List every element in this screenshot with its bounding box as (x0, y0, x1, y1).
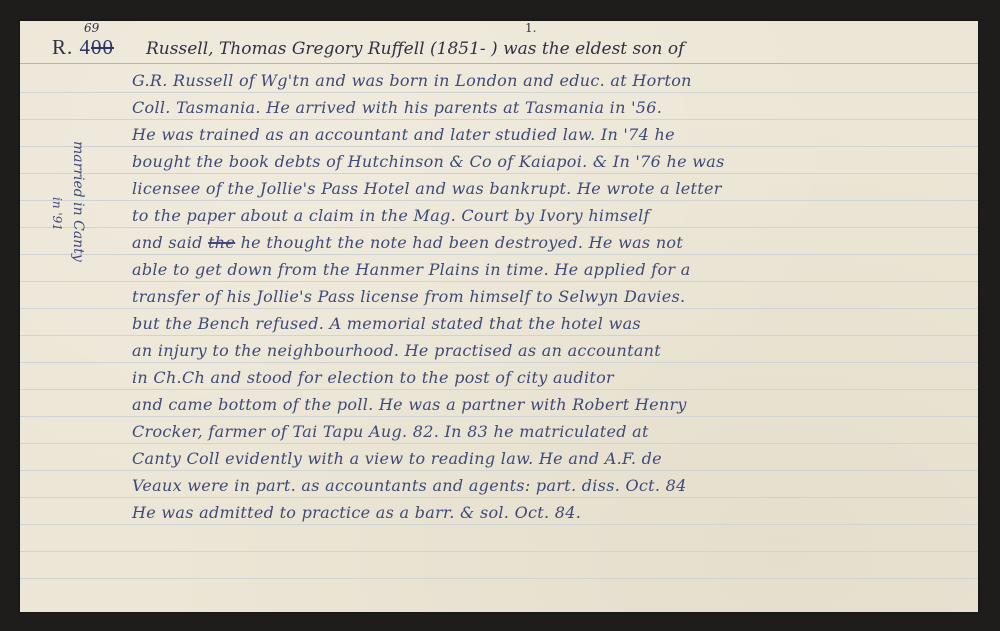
ruled-line (20, 335, 978, 336)
reference-number-crossed: 00 (91, 35, 114, 59)
text-segment: he thought the note had been destroyed. … (235, 233, 683, 252)
ruled-line (20, 470, 978, 471)
ruled-line (20, 443, 978, 444)
ruled-line (20, 362, 978, 363)
ruled-line (20, 173, 978, 174)
ruled-line (20, 416, 978, 417)
index-card: R. 400 69 1. Russell, Thomas Gregory Ruf… (20, 21, 978, 612)
body-line: licensee of the Jollie's Pass Hotel and … (132, 179, 722, 198)
ruled-line (20, 254, 978, 255)
reference-letter: R. (52, 35, 73, 59)
reference-number: 4 (80, 35, 92, 59)
red-header-rule (20, 63, 978, 64)
body-line: transfer of his Jollie's Pass license fr… (132, 287, 685, 306)
body-line-with-strikethrough: and said the he thought the note had bee… (132, 233, 683, 252)
body-line: in Ch.Ch and stood for election to the p… (132, 368, 614, 387)
body-line: G.R. Russell of Wg'tn and was born in Lo… (132, 71, 692, 90)
page-number: 1. (525, 21, 536, 35)
body-line: He was admitted to practice as a barr. &… (132, 503, 581, 522)
body-line: but the Bench refused. A memorial stated… (132, 314, 641, 333)
ruled-line (20, 92, 978, 93)
body-line: bought the book debts of Hutchinson & Co… (132, 152, 725, 171)
struck-word: the (208, 233, 235, 252)
ruled-line (20, 281, 978, 282)
body-line: an injury to the neighbourhood. He pract… (132, 341, 661, 360)
ruled-line (20, 119, 978, 120)
ruled-line (20, 497, 978, 498)
body-line: Canty Coll evidently with a view to read… (132, 449, 662, 468)
reference-superscript: 69 (84, 21, 99, 35)
ruled-line (20, 146, 978, 147)
body-line: and came bottom of the poll. He was a pa… (132, 395, 687, 414)
margin-note-date: in '91 (50, 197, 64, 231)
body-line: to the paper about a claim in the Mag. C… (132, 206, 650, 225)
body-line: Veaux were in part. as accountants and a… (132, 476, 687, 495)
card-title: Russell, Thomas Gregory Ruffell (1851- )… (146, 39, 684, 59)
ruled-line (20, 227, 978, 228)
card-reference: R. 400 (52, 35, 114, 60)
body-line: He was trained as an accountant and late… (132, 125, 675, 144)
body-line: Coll. Tasmania. He arrived with his pare… (132, 98, 662, 117)
ruled-line (20, 389, 978, 390)
ruled-line (20, 308, 978, 309)
ruled-line (20, 578, 978, 579)
ruled-line (20, 200, 978, 201)
text-segment: and said (132, 233, 208, 252)
ruled-line (20, 551, 978, 552)
margin-note: married in Canty (70, 141, 86, 262)
ruled-line (20, 524, 978, 525)
body-line: able to get down from the Hanmer Plains … (132, 260, 691, 279)
body-line: Crocker, farmer of Tai Tapu Aug. 82. In … (132, 422, 649, 441)
